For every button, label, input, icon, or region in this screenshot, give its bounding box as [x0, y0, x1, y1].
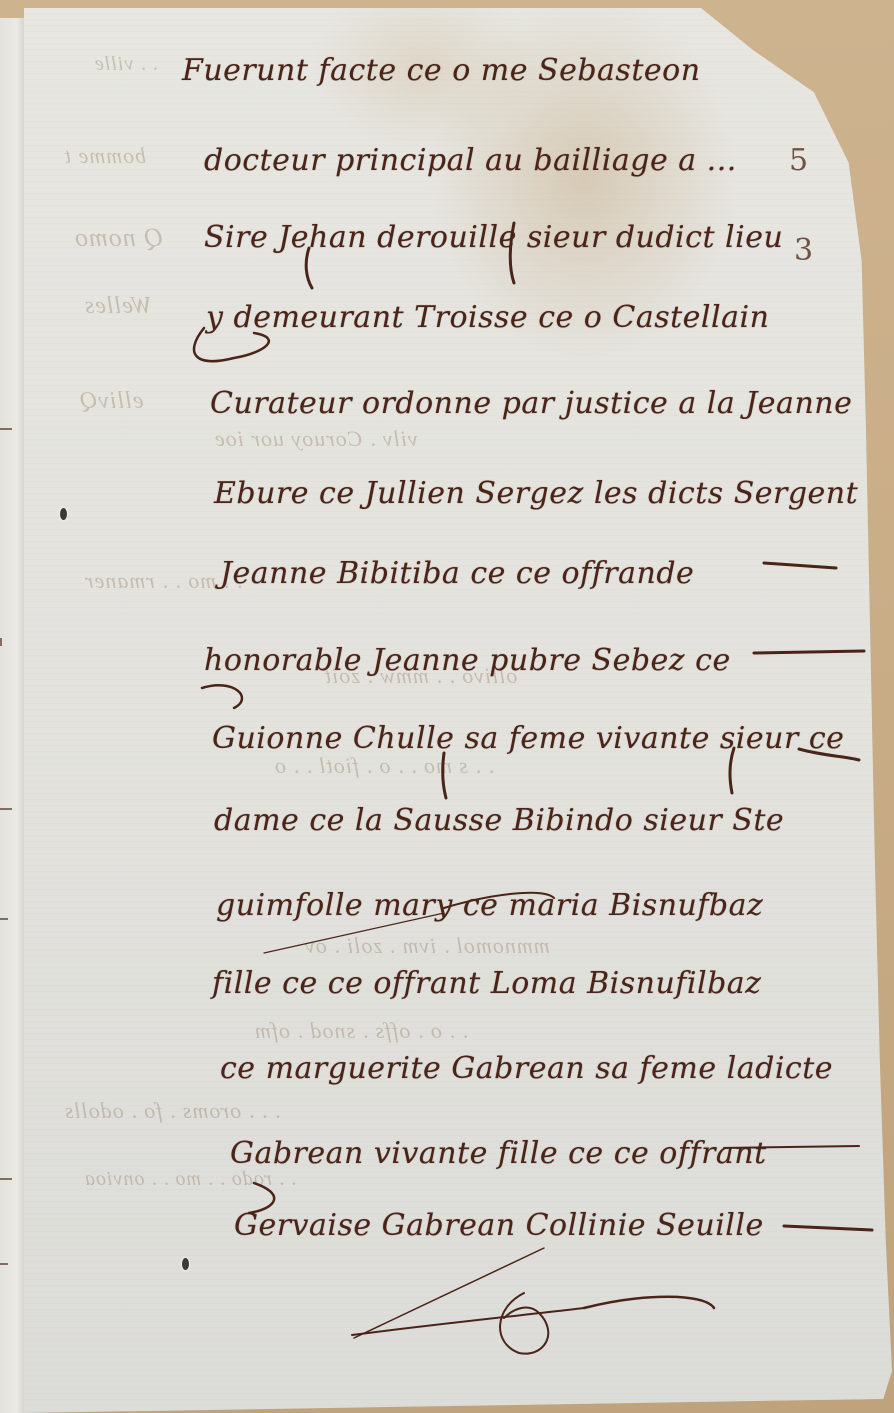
ink-mark	[0, 918, 8, 920]
facing-page-edge	[0, 18, 24, 1413]
ink-mark	[0, 1263, 8, 1265]
ink-mark	[0, 638, 8, 646]
pen-flourishes	[24, 8, 892, 1413]
ink-mark	[0, 808, 12, 810]
ink-mark	[0, 1178, 12, 1180]
photo-stage: . . ville bomme t Q nomo Welles ellivQ v…	[0, 0, 894, 1413]
ink-mark	[0, 428, 12, 430]
manuscript-leaf: . . ville bomme t Q nomo Welles ellivQ v…	[24, 8, 892, 1413]
